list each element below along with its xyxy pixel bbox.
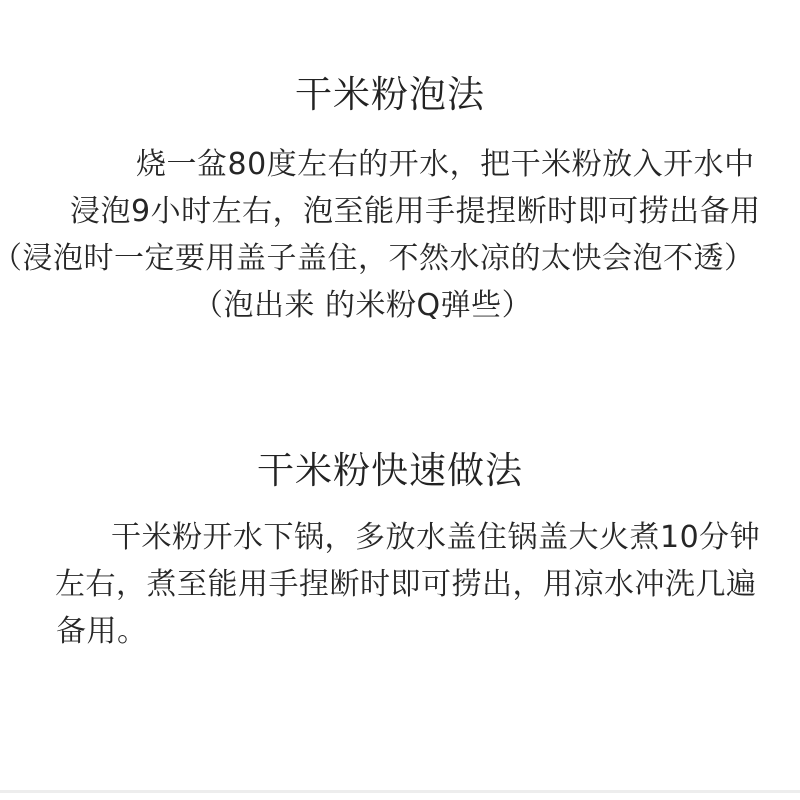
section-2-line-2: 左右，煮至能用手捏断时即可捞出，用凉水冲洗几遍 [55,561,757,608]
section-2-title: 干米粉快速做法 [0,447,780,494]
section-1-line-1: 烧一盆80度左右的开水，把干米粉放入开水中 [136,141,755,188]
section-1-line-3: （浸泡时一定要用盖子盖住，不然水凉的太快会泡不透） [0,235,755,282]
instruction-image: 干米粉泡法 烧一盆80度左右的开水，把干米粉放入开水中 浸泡9小时左右，泡至能用… [0,0,800,800]
section-1-line-2: 浸泡9小时左右，泡至能用手提捏断时即可捞出备用 [70,188,761,235]
section-1-title: 干米粉泡法 [0,71,780,118]
section-2-line-3: 备用。 [56,608,148,655]
section-1-line-4: （泡出来 的米粉Q弹些） [193,282,532,329]
bottom-divider [0,790,800,793]
section-2-line-1: 干米粉开水下锅，多放水盖住锅盖大火煮10分钟 [111,514,760,561]
